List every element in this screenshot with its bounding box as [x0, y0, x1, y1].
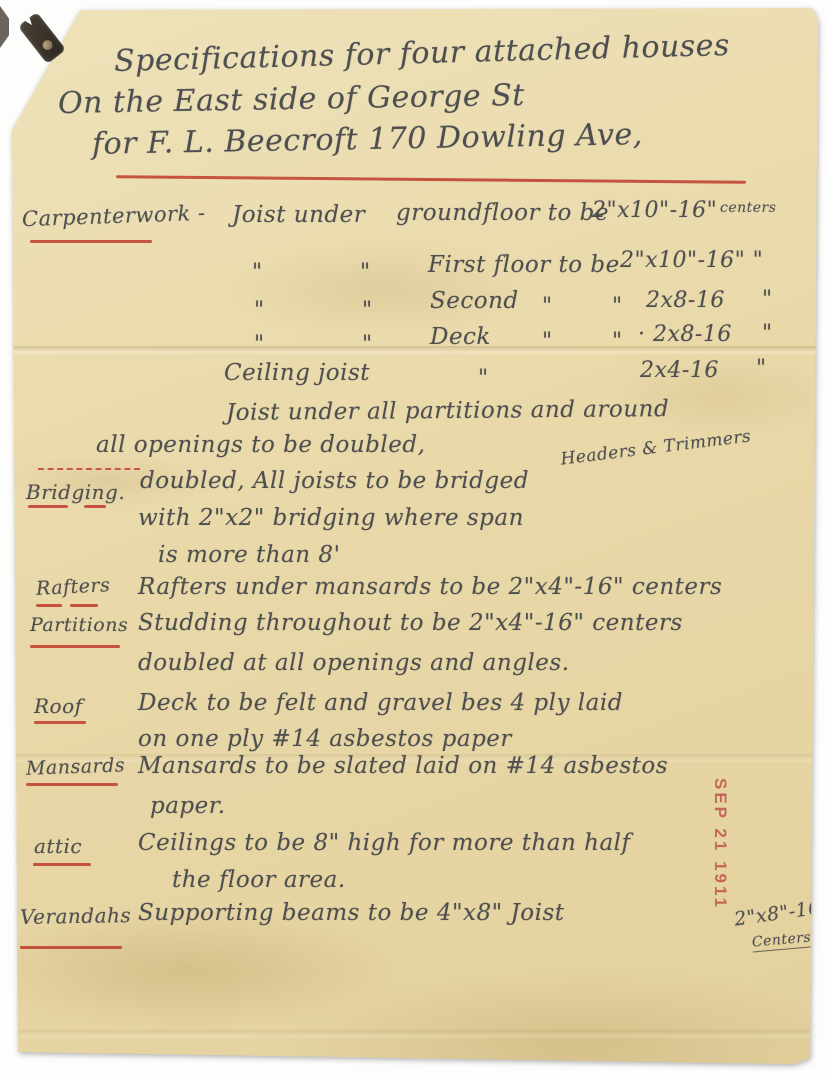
red-underline-roof: [34, 721, 86, 724]
spec-row3-desc: Second: [430, 288, 519, 314]
ditto-mark: ": [756, 356, 767, 381]
spec-row1-desc: groundfloor to be: [396, 200, 609, 226]
title-underline-rule: [116, 175, 746, 183]
body-attic-2: the floor area.: [172, 867, 346, 893]
ditto-mark: ": [762, 287, 773, 312]
red-underline-verandahs: [20, 946, 122, 949]
fold-crease: [8, 1030, 818, 1039]
red-underline-carpenterwork: [30, 240, 152, 243]
body-attic-1: Ceilings to be 8" high for more than hal…: [138, 830, 631, 856]
red-underline-partitions: [30, 645, 120, 648]
ditto-mark: ": [254, 332, 265, 357]
paragraph-line-2: all openings to be doubled,: [96, 432, 425, 458]
red-underline-attic: [33, 863, 91, 866]
margin-label-partitions: Partitions: [30, 614, 128, 636]
margin-label-bridging: Bridging.: [26, 480, 125, 504]
ditto-mark: ": [478, 366, 489, 391]
ditto-mark: ": [362, 298, 373, 323]
margin-label-roof: Roof: [34, 694, 83, 718]
ditto-mark: ": [762, 321, 773, 346]
body-partitions-1: Studding throughout to be 2"x4"-16" cent…: [138, 610, 683, 636]
red-overline-bridging: [38, 468, 140, 470]
body-verandahs: Supporting beams to be 4"x8" Joist: [138, 900, 565, 926]
paragraph-line-5: is more than 8': [158, 542, 340, 568]
spec-row1-item: Joist under: [232, 202, 365, 228]
fold-crease: [8, 346, 818, 355]
body-roof-2: on one ply #14 asbestos paper: [138, 726, 512, 752]
ditto-mark: ": [542, 294, 553, 319]
red-underline-bridging-2: [84, 505, 106, 508]
fastener-rivet: [41, 38, 55, 52]
red-underline-rafters-1: [36, 604, 62, 607]
ditto-mark: ": [612, 329, 623, 354]
spec-row1-size: 2"x10"-16": [592, 198, 717, 223]
spec-row5-size: 2x4-16: [640, 358, 719, 383]
title-line-1: Specifications for four attached houses: [114, 28, 731, 79]
margin-label-attic: attic: [34, 834, 82, 858]
ditto-mark: ": [254, 298, 265, 323]
verandahs-note-size: 2"x8"-16": [733, 895, 826, 930]
ditto-mark: ": [612, 294, 623, 319]
ditto-mark: ": [542, 329, 553, 354]
title-line-3: for F. L. Beecroft 170 Dowling Ave,: [92, 117, 643, 162]
ditto-mark: ": [362, 332, 373, 357]
margin-label-carpenterwork: Carpenterwork -: [22, 201, 206, 231]
paragraph-line-3: doubled, All joists to be bridged: [140, 468, 529, 494]
body-rafters: Rafters under mansards to be 2"x4"-16" c…: [138, 574, 722, 600]
margin-label-rafters: Rafters: [35, 574, 110, 600]
spec-row5-item: Ceiling joist: [224, 360, 370, 386]
spec-row4-size: · 2x8-16: [638, 322, 732, 347]
red-underline-mansards: [26, 783, 118, 786]
title-line-2: On the East side of George St: [58, 78, 525, 121]
red-underline-bridging-1: [28, 505, 68, 508]
paragraph-line-2-tail: Headers & Trimmers: [559, 426, 752, 469]
verandahs-note-centers: Centers: [751, 929, 812, 952]
paper-sheet: Specifications for four attached houses …: [8, 2, 818, 1066]
body-mansards-1: Mansards to be slated laid on #14 asbest…: [138, 753, 668, 779]
body-mansards-2: paper.: [150, 793, 226, 819]
paragraph-line-1: Joist under all partitions and around: [226, 396, 669, 426]
spec-row3-size: 2x8-16: [646, 288, 725, 313]
ditto-mark: ": [252, 260, 263, 285]
spec-row2-desc: First floor to be: [428, 252, 620, 278]
paper-shadow-wrap: Specifications for four attached houses …: [0, 0, 826, 1080]
body-roof-1: Deck to be felt and gravel bes 4 ply lai…: [138, 690, 623, 716]
spec-row2-size: 2"x10"-16" ": [620, 248, 763, 273]
body-partitions-2: doubled at all openings and angles.: [138, 650, 570, 676]
ditto-mark: ": [360, 260, 371, 285]
document-photo: Specifications for four attached houses …: [0, 0, 826, 1080]
margin-label-verandahs: Verandahs: [20, 903, 132, 929]
spec-row1-size-note: centers: [720, 200, 776, 216]
margin-label-mansards: Mansards: [26, 754, 126, 779]
paragraph-line-4: with 2"x2" bridging where span: [138, 505, 524, 531]
spec-row4-desc: Deck: [430, 324, 491, 350]
red-underline-rafters-2: [70, 604, 98, 607]
date-stamp: SEP 21 1911: [710, 778, 730, 910]
